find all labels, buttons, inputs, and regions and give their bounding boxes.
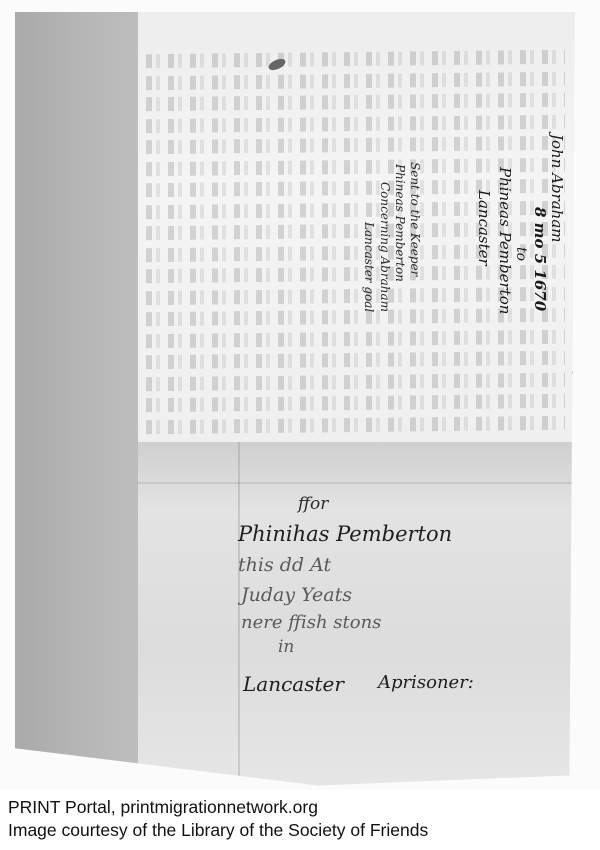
address-cover-panel: ffor Phinihas Pemberton this dd At Juday… bbox=[138, 442, 575, 787]
secondary-docket-line: Lancaster goal bbox=[362, 222, 376, 312]
docket-line-recipient: Phineas Pemberton bbox=[496, 167, 514, 314]
address-line-town: Lancaster bbox=[243, 672, 344, 696]
letter-paper: John Abraham 8 mo 5 1670 to Phineas Pemb… bbox=[15, 12, 575, 787]
scanned-document-photo: John Abraham 8 mo 5 1670 to Phineas Pemb… bbox=[0, 0, 600, 790]
docket-line-place: Lancaster bbox=[475, 190, 493, 266]
docket-line-date: 8 mo 5 1670 bbox=[531, 207, 549, 311]
address-line-recipient: Phinihas Pemberton bbox=[238, 522, 452, 546]
address-line-location: nere ffish stons bbox=[241, 612, 381, 633]
address-line-in: in bbox=[278, 637, 294, 657]
address-line-host: Juday Yeats bbox=[241, 584, 352, 606]
secondary-docket-line: Concerning Abraham bbox=[378, 182, 392, 312]
secondary-docket-line: Phineas Pemberton bbox=[393, 164, 407, 282]
address-line-for: ffor bbox=[298, 494, 328, 514]
docket-line-author: John Abraham bbox=[548, 134, 566, 243]
fold-crease bbox=[238, 442, 240, 787]
letter-body-text-area: John Abraham 8 mo 5 1670 to Phineas Pemb… bbox=[138, 12, 575, 442]
caption-courtesy: Image courtesy of the Library of the Soc… bbox=[8, 819, 428, 842]
fold-crease bbox=[138, 482, 575, 484]
caption-source: PRINT Portal, printmigrationnetwork.org bbox=[8, 796, 428, 819]
image-credit-caption: PRINT Portal, printmigrationnetwork.org … bbox=[8, 796, 428, 842]
folded-edge-strip bbox=[15, 12, 138, 787]
address-line-delivery: this dd At bbox=[238, 554, 331, 576]
address-line-status: Aprisoner: bbox=[378, 672, 474, 693]
secondary-docket-line: Sent to the Keeper bbox=[408, 162, 422, 276]
docket-line-to: to bbox=[513, 247, 529, 261]
